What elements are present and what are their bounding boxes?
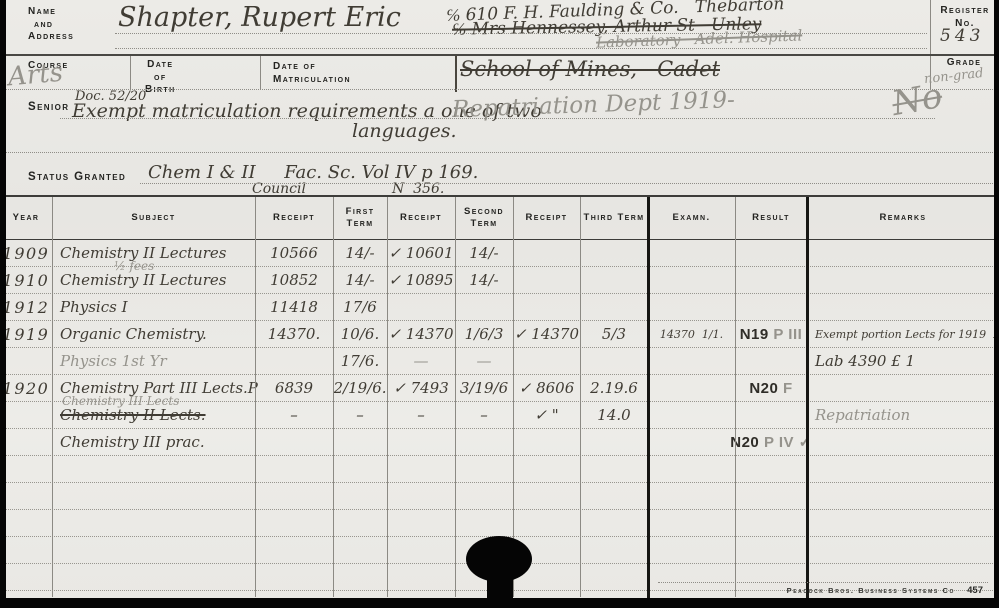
table-cell: [807, 375, 999, 401]
records-table: YearSubjectReceiptFirst TermReceiptSecon…: [0, 197, 999, 591]
table-cell: [0, 402, 52, 428]
table-cell: ✓ 14370: [513, 321, 580, 347]
cell-entry: 14/-: [469, 246, 498, 261]
cell-entry: 17/6: [343, 300, 377, 315]
table-cell: [580, 267, 648, 293]
column-line: [513, 197, 514, 597]
cell-entry: 17/6.: [341, 354, 379, 369]
table-cell: [333, 456, 387, 482]
table-cell: [648, 240, 735, 266]
cell-entry: ✓ 10601: [388, 246, 453, 261]
ruled-line: [60, 118, 935, 119]
table-cell: [455, 483, 513, 509]
cell-entry: Lab 4390 £ 1: [815, 354, 915, 369]
table-cell: Chemistry III LectsChemistry II Lects.: [52, 402, 255, 428]
table-cell: [52, 564, 255, 590]
table-cell: [0, 510, 52, 536]
cell-entry: 1912: [3, 300, 50, 315]
cell-entry: Exempt portion Lects for 1919 Doc 307/19: [815, 327, 999, 342]
table-cell: ½ feesChemistry II Lectures: [52, 267, 255, 293]
table-cell: [648, 483, 735, 509]
table-cell: [0, 429, 52, 455]
table-cell: 14370 1/1.: [648, 321, 735, 347]
table-cell: [387, 510, 455, 536]
cell-entry: N20: [749, 381, 783, 396]
table-cell: [255, 483, 333, 509]
table-cell: 2/19/6.: [333, 375, 387, 401]
ruled-line: [658, 582, 988, 583]
table-row: [0, 456, 999, 483]
table-cell: ✓ 7493: [387, 375, 455, 401]
table-cell: [735, 537, 807, 563]
cell-entry: ✓ 14370: [514, 327, 579, 342]
column-header: Receipt: [255, 197, 333, 239]
column-line-thick: [647, 197, 650, 598]
table-cell: 2.19.6: [580, 375, 648, 401]
table-cell: [807, 240, 999, 266]
matriculation-label: Date of Matriculation: [273, 61, 351, 86]
table-cell: [333, 483, 387, 509]
table-cell: [333, 510, 387, 536]
table-cell: [735, 267, 807, 293]
table-cell: [455, 429, 513, 455]
table-cell: [807, 537, 999, 563]
table-cell: [580, 456, 648, 482]
table-cell: 17/6: [333, 294, 387, 320]
table-cell: 1920: [0, 375, 52, 401]
table-cell: —: [455, 348, 513, 374]
table-cell: [255, 537, 333, 563]
cell-entry: 14/-: [345, 273, 374, 288]
column-header: Third Term: [580, 197, 648, 239]
table-cell: [807, 294, 999, 320]
cell-entry: ✓ 8606: [519, 381, 575, 396]
cell-entry: 1910: [3, 273, 50, 288]
table-cell: 5/3: [580, 321, 648, 347]
cell-entry: 10852: [270, 273, 318, 288]
table-cell: ✓ 10895: [387, 267, 455, 293]
table-cell: [807, 510, 999, 536]
cell-entry: Chemistry II Lectures: [60, 273, 226, 288]
column-header: Remarks: [807, 197, 999, 239]
table-cell: [648, 537, 735, 563]
cell-entry: 5/3: [602, 327, 626, 342]
table-row: [0, 483, 999, 510]
table-cell: [455, 456, 513, 482]
table-cell: [807, 456, 999, 482]
cell-entry: 14/-: [345, 246, 374, 261]
column-header: Subject: [52, 197, 255, 239]
table-row: Physics 1st Yr17/6.——Lab 4390 £ 1: [0, 348, 999, 375]
ruled-line: [115, 33, 927, 34]
table-cell: [648, 564, 735, 590]
cell-entry: 6839: [275, 381, 313, 396]
table-cell: [387, 537, 455, 563]
cell-entry: —: [477, 354, 492, 369]
table-cell: [387, 294, 455, 320]
table-cell: Organic Chemistry.: [52, 321, 255, 347]
status-value: Chem I & II Fac. Sc. Vol IV p 169.: [148, 162, 478, 183]
table-cell: [455, 510, 513, 536]
table-cell: [580, 483, 648, 509]
cell-entry: ✓ 14370: [388, 327, 453, 342]
ruled-line: [140, 183, 999, 184]
table-cell: 10/6.: [333, 321, 387, 347]
table-cell: –: [387, 402, 455, 428]
cell-entry: 1/6/3: [465, 327, 504, 342]
table-cell: 10566: [255, 240, 333, 266]
table-cell: 14/-: [333, 267, 387, 293]
table-cell: [0, 537, 52, 563]
cell-entry: F: [783, 381, 793, 396]
table-cell: [648, 267, 735, 293]
table-cell: [513, 429, 580, 455]
cell-entry: Physics 1st Yr: [60, 354, 167, 369]
cell-entry: –: [290, 408, 298, 423]
column-line: [580, 197, 581, 597]
table-cell: 14/-: [455, 240, 513, 266]
table-row: 1910½ feesChemistry II Lectures1085214/-…: [0, 267, 999, 294]
table-cell: 1/6/3: [455, 321, 513, 347]
name-address-label: Name and Address: [28, 6, 74, 44]
column-header: First Term: [333, 197, 387, 239]
column-header: Receipt: [513, 197, 580, 239]
senior-label: Senior: [28, 100, 69, 114]
section-rule: [0, 54, 999, 56]
column-line: [735, 197, 736, 597]
table-cell: [387, 429, 455, 455]
table-cell: 1912: [0, 294, 52, 320]
cell-entry: 14370.: [268, 327, 321, 342]
cell-entry: P III: [773, 327, 802, 342]
table-cell: [580, 294, 648, 320]
table-cell: Chemistry III prac.: [52, 429, 255, 455]
table-cell: [648, 510, 735, 536]
scan-edge-right: [994, 0, 999, 608]
status-granted-label: Status Granted: [28, 170, 126, 184]
table-header: YearSubjectReceiptFirst TermReceiptSecon…: [0, 197, 999, 240]
table-cell: [648, 456, 735, 482]
cell-entry: 2/19/6.: [333, 381, 386, 396]
column-header: Second Term: [455, 197, 513, 239]
table-cell: [513, 510, 580, 536]
cell-entry: –: [480, 408, 488, 423]
table-cell: [513, 348, 580, 374]
table-cell: 10852: [255, 267, 333, 293]
column-header: Receipt: [387, 197, 455, 239]
course-divider: [130, 56, 131, 89]
table-cell: [387, 483, 455, 509]
column-line: [455, 197, 456, 597]
ruled-line: [0, 89, 999, 90]
table-cell: [333, 429, 387, 455]
table-cell: Exempt portion Lects for 1919 Doc 307/19: [807, 321, 999, 347]
table-cell: 1910: [0, 267, 52, 293]
table-cell: [52, 483, 255, 509]
cell-entry: ✓ ": [534, 408, 558, 423]
column-line: [387, 197, 388, 597]
ruled-line: [0, 152, 999, 153]
senior-note-continuation: languages.: [352, 120, 457, 142]
table-cell: Physics I: [52, 294, 255, 320]
table-cell: Repatriation: [807, 402, 999, 428]
table-cell: [333, 537, 387, 563]
table-cell: [648, 294, 735, 320]
column-line-thick: [806, 197, 809, 598]
cell-entry: —: [414, 354, 429, 369]
cell-entry: 10/6.: [341, 327, 379, 342]
table-cell: [0, 483, 52, 509]
date-of-birth-label: Date of Birth: [145, 59, 176, 97]
hole-punch-stem: [487, 558, 513, 608]
cell-entry: ✓ 10895: [388, 273, 453, 288]
table-row: Chemistry III LectsChemistry II Lects.––…: [0, 402, 999, 429]
cell-entry: 11418: [270, 300, 318, 315]
register-number: 543: [940, 26, 984, 46]
column-line: [255, 197, 256, 597]
table-cell: [52, 456, 255, 482]
cell-entry: ✓ 7493: [393, 381, 449, 396]
cell-entry: –: [417, 408, 425, 423]
table-cell: [0, 564, 52, 590]
column-header: Result: [735, 197, 807, 239]
table-cell: [580, 429, 648, 455]
table-cell: –: [333, 402, 387, 428]
table-cell: [255, 564, 333, 590]
course-divider: [260, 56, 261, 89]
course-value: Arts: [7, 58, 64, 93]
table-cell: [52, 510, 255, 536]
column-header: Year: [0, 197, 52, 239]
table-cell: 11418: [255, 294, 333, 320]
table-cell: [648, 429, 735, 455]
cell-entry: P IV ✓: [764, 435, 812, 450]
table-cell: [807, 483, 999, 509]
table-cell: [52, 537, 255, 563]
table-cell: 14.0: [580, 402, 648, 428]
table-cell: [807, 267, 999, 293]
table-cell: –: [455, 402, 513, 428]
table-cell: [580, 537, 648, 563]
cell-entry: Physics I: [60, 300, 128, 315]
table-cell: 14/-: [455, 267, 513, 293]
ruled-line: [115, 48, 927, 49]
cell-entry: N19: [740, 327, 774, 342]
table-cell: ✓ 8606: [513, 375, 580, 401]
cell-entry: 1919: [3, 327, 50, 342]
register-box-divider: [930, 0, 931, 54]
table-cell: [580, 240, 648, 266]
table-cell: [333, 564, 387, 590]
table-cell: [807, 429, 999, 455]
table-cell: [735, 240, 807, 266]
table-cell: Physics 1st Yr: [52, 348, 255, 374]
table-cell: 1919: [0, 321, 52, 347]
table-cell: [580, 510, 648, 536]
table-cell: [580, 564, 648, 590]
table-cell: [513, 456, 580, 482]
table-cell: [255, 429, 333, 455]
table-cell: [513, 483, 580, 509]
table-cell: 3/19/6: [455, 375, 513, 401]
table-cell: [513, 240, 580, 266]
table-cell: [455, 294, 513, 320]
handwritten-divider: [455, 56, 457, 92]
cell-entry: Organic Chemistry.: [60, 327, 207, 342]
table-cell: —: [387, 348, 455, 374]
table-cell: [255, 456, 333, 482]
cell-entry: 14.0: [597, 408, 630, 423]
cell-entry: 3/19/6: [460, 381, 508, 396]
table-cell: [513, 267, 580, 293]
table-cell: N20 F: [735, 375, 807, 401]
pencil-no-mark: No: [889, 76, 945, 124]
cell-entry: 1909: [3, 246, 50, 261]
matriculation-value: School of Mines, Cadet: [460, 57, 720, 81]
column-line: [333, 197, 334, 597]
table-cell: [648, 402, 735, 428]
cell-entry: 14/-: [469, 273, 498, 288]
registration-card: Name and Address Shapter, Rupert Eric ℅ …: [0, 0, 999, 608]
table-cell: Lab 4390 £ 1: [807, 348, 999, 374]
form-number: 457: [967, 585, 983, 596]
table-cell: [255, 510, 333, 536]
table-cell: [735, 402, 807, 428]
cell-entry: 14370 1/1.: [660, 327, 723, 342]
cell-entry: Chemistry III prac.: [60, 435, 205, 450]
table-cell: N19 P III: [735, 321, 807, 347]
table-cell: ✓ 14370: [387, 321, 455, 347]
footer-imprint: Peacock Bros. Business Systems Co: [787, 586, 955, 595]
cell-entry: Repatriation: [815, 408, 910, 423]
table-cell: [735, 456, 807, 482]
column-header: Examn.: [648, 197, 735, 239]
scan-edge-left: [0, 0, 6, 608]
table-row: Chemistry III prac.N20 P IV ✓: [0, 429, 999, 456]
table-cell: [387, 456, 455, 482]
table-cell: [255, 348, 333, 374]
table-cell: [648, 375, 735, 401]
table-cell: ✓ ": [513, 402, 580, 428]
cell-entry: –: [356, 408, 364, 423]
table-cell: ✓ 10601: [387, 240, 455, 266]
table-cell: [648, 348, 735, 374]
table-row: [0, 510, 999, 537]
table-cell: [580, 348, 648, 374]
table-row: 1912Physics I1141817/6: [0, 294, 999, 321]
cell-entry: Chemistry II Lects.: [60, 408, 206, 423]
table-cell: [735, 294, 807, 320]
table-cell: [735, 483, 807, 509]
table-cell: [513, 294, 580, 320]
table-cell: 1909: [0, 240, 52, 266]
cell-entry: 1920: [3, 381, 50, 396]
column-line: [52, 197, 53, 597]
table-cell: [387, 564, 455, 590]
cell-entry: 2.19.6: [590, 381, 638, 396]
cell-entry: Chemistry III Lects: [62, 394, 179, 409]
table-row: 1919Organic Chemistry.14370.10/6.✓ 14370…: [0, 321, 999, 348]
cell-entry: 10566: [270, 246, 318, 261]
table-cell: N20 P IV ✓: [735, 429, 807, 455]
table-cell: [0, 348, 52, 374]
name-value: Shapter, Rupert Eric: [118, 2, 401, 33]
table-cell: 17/6.: [333, 348, 387, 374]
table-cell: –: [255, 402, 333, 428]
table-cell: 14/-: [333, 240, 387, 266]
table-cell: [735, 510, 807, 536]
table-cell: [0, 456, 52, 482]
table-cell: [735, 348, 807, 374]
table-cell: 6839: [255, 375, 333, 401]
cell-entry: ½ fees: [114, 259, 154, 274]
table-cell: 14370.: [255, 321, 333, 347]
